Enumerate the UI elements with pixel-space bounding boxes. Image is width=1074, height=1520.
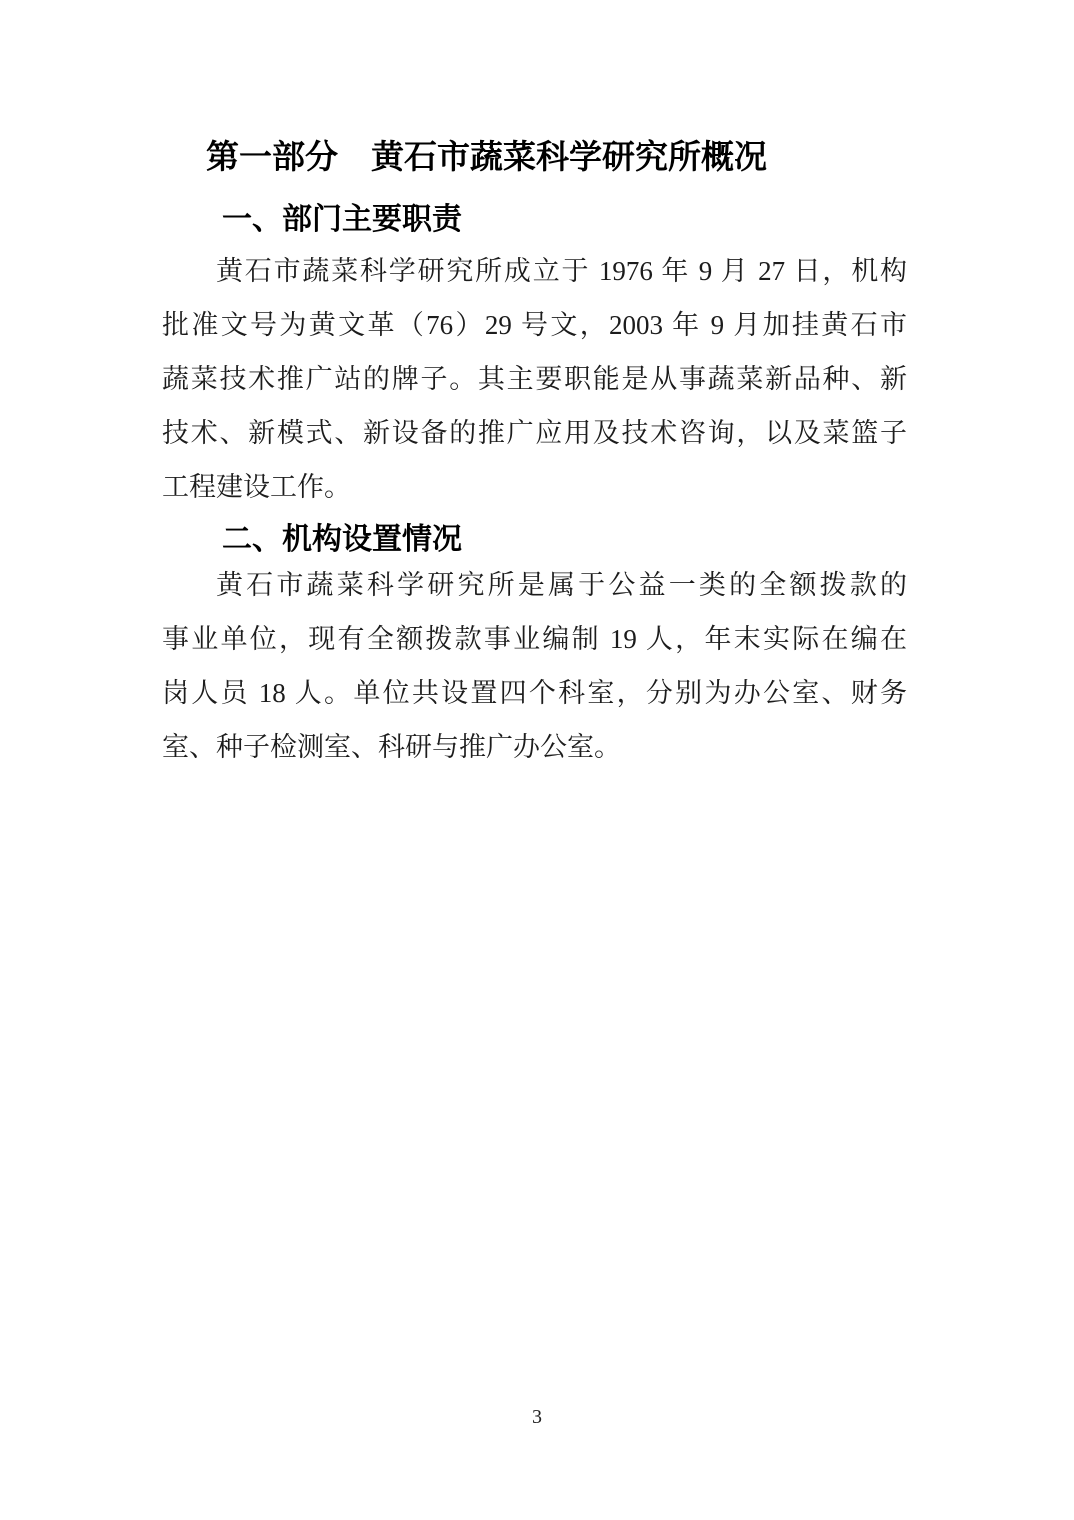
- page-number: 3: [0, 1405, 1074, 1429]
- paragraph-line: 室、种子检测室、科研与推广办公室。: [162, 720, 907, 774]
- paragraph-line: 事业单位，现有全额拨款事业编制 19 人，年末实际在编在: [162, 612, 907, 666]
- paragraph-line: 批准文号为黄文革（76）29 号文，2003 年 9 月加挂黄石市: [162, 298, 907, 352]
- paragraph-line: 工程建设工作。: [162, 460, 907, 514]
- paragraph-organization-setup: 黄石市蔬菜科学研究所是属于公益一类的全额拨款的 事业单位，现有全额拨款事业编制 …: [162, 558, 907, 774]
- paragraph-line: 岗人员 18 人。单位共设置四个科室，分别为办公室、财务: [162, 666, 907, 720]
- document-content: 第一部分 黄石市蔬菜科学研究所概况 一、部门主要职责 黄石市蔬菜科学研究所成立于…: [162, 0, 907, 774]
- section-heading-department-duties: 一、部门主要职责: [222, 200, 907, 240]
- document-title: 第一部分 黄石市蔬菜科学研究所概况: [206, 136, 907, 178]
- paragraph-line: 技术、新模式、新设备的推广应用及技术咨询，以及菜篮子: [162, 406, 907, 460]
- document-page: 第一部分 黄石市蔬菜科学研究所概况 一、部门主要职责 黄石市蔬菜科学研究所成立于…: [0, 0, 1074, 1520]
- paragraph-department-duties: 黄石市蔬菜科学研究所成立于 1976 年 9 月 27 日，机构 批准文号为黄文…: [162, 244, 907, 514]
- paragraph-line: 黄石市蔬菜科学研究所成立于 1976 年 9 月 27 日，机构: [162, 244, 907, 298]
- section-heading-organization-setup: 二、机构设置情况: [222, 522, 907, 558]
- paragraph-line: 蔬菜技术推广站的牌子。其主要职能是从事蔬菜新品种、新: [162, 352, 907, 406]
- paragraph-line: 黄石市蔬菜科学研究所是属于公益一类的全额拨款的: [162, 558, 907, 612]
